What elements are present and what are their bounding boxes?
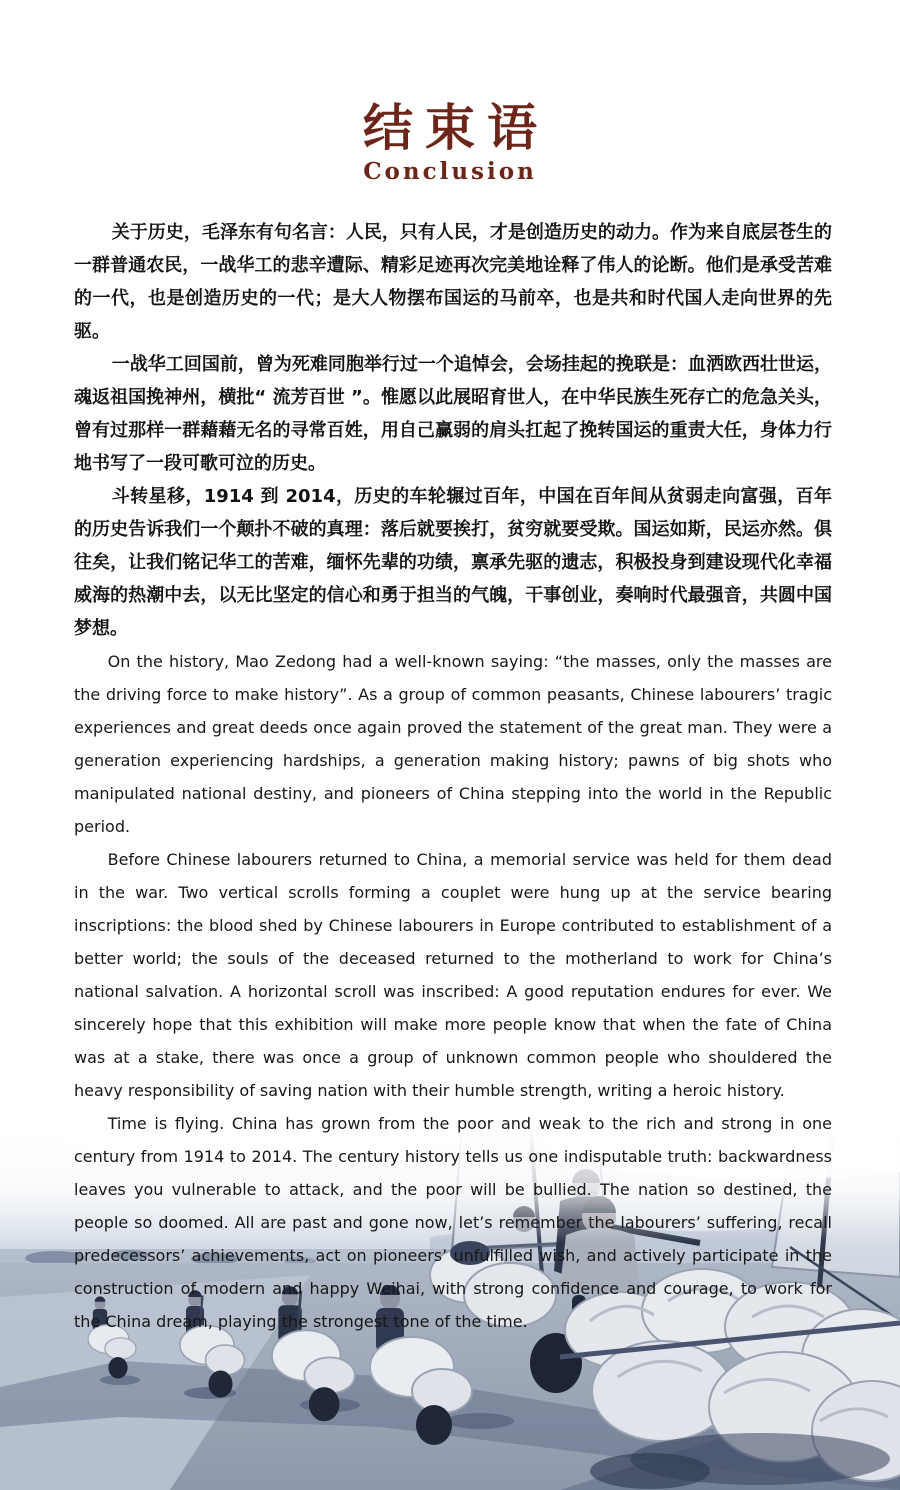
paragraph-en: Before Chinese labourers returned to Chi…: [74, 843, 832, 1107]
paragraph-cn: 一战华工回国前，曾为死难同胞举行过一个追悼会，会场挂起的挽联是：血洒欧西壮世运，…: [74, 348, 832, 480]
english-paragraphs: On the history, Mao Zedong had a well-kn…: [74, 645, 832, 1338]
page-subtitle: Conclusion: [0, 158, 900, 185]
page-title: 结束语: [0, 100, 900, 155]
chinese-paragraphs: 关于历史，毛泽东有句名言：人民，只有人民，才是创造历史的动力。作为来自底层苍生的…: [74, 216, 832, 645]
paragraph-en: Time is flying. China has grown from the…: [74, 1107, 832, 1338]
page-header: 结束语 Conclusion: [0, 100, 900, 185]
paragraph-en: On the history, Mao Zedong had a well-kn…: [74, 645, 832, 843]
body-text: 关于历史，毛泽东有句名言：人民，只有人民，才是创造历史的动力。作为来自底层苍生的…: [74, 216, 832, 1338]
paragraph-cn: 关于历史，毛泽东有句名言：人民，只有人民，才是创造历史的动力。作为来自底层苍生的…: [74, 216, 832, 348]
paragraph-cn: 斗转星移，1914 到 2014，历史的车轮辗过百年，中国在百年间从贫弱走向富强…: [74, 480, 832, 645]
